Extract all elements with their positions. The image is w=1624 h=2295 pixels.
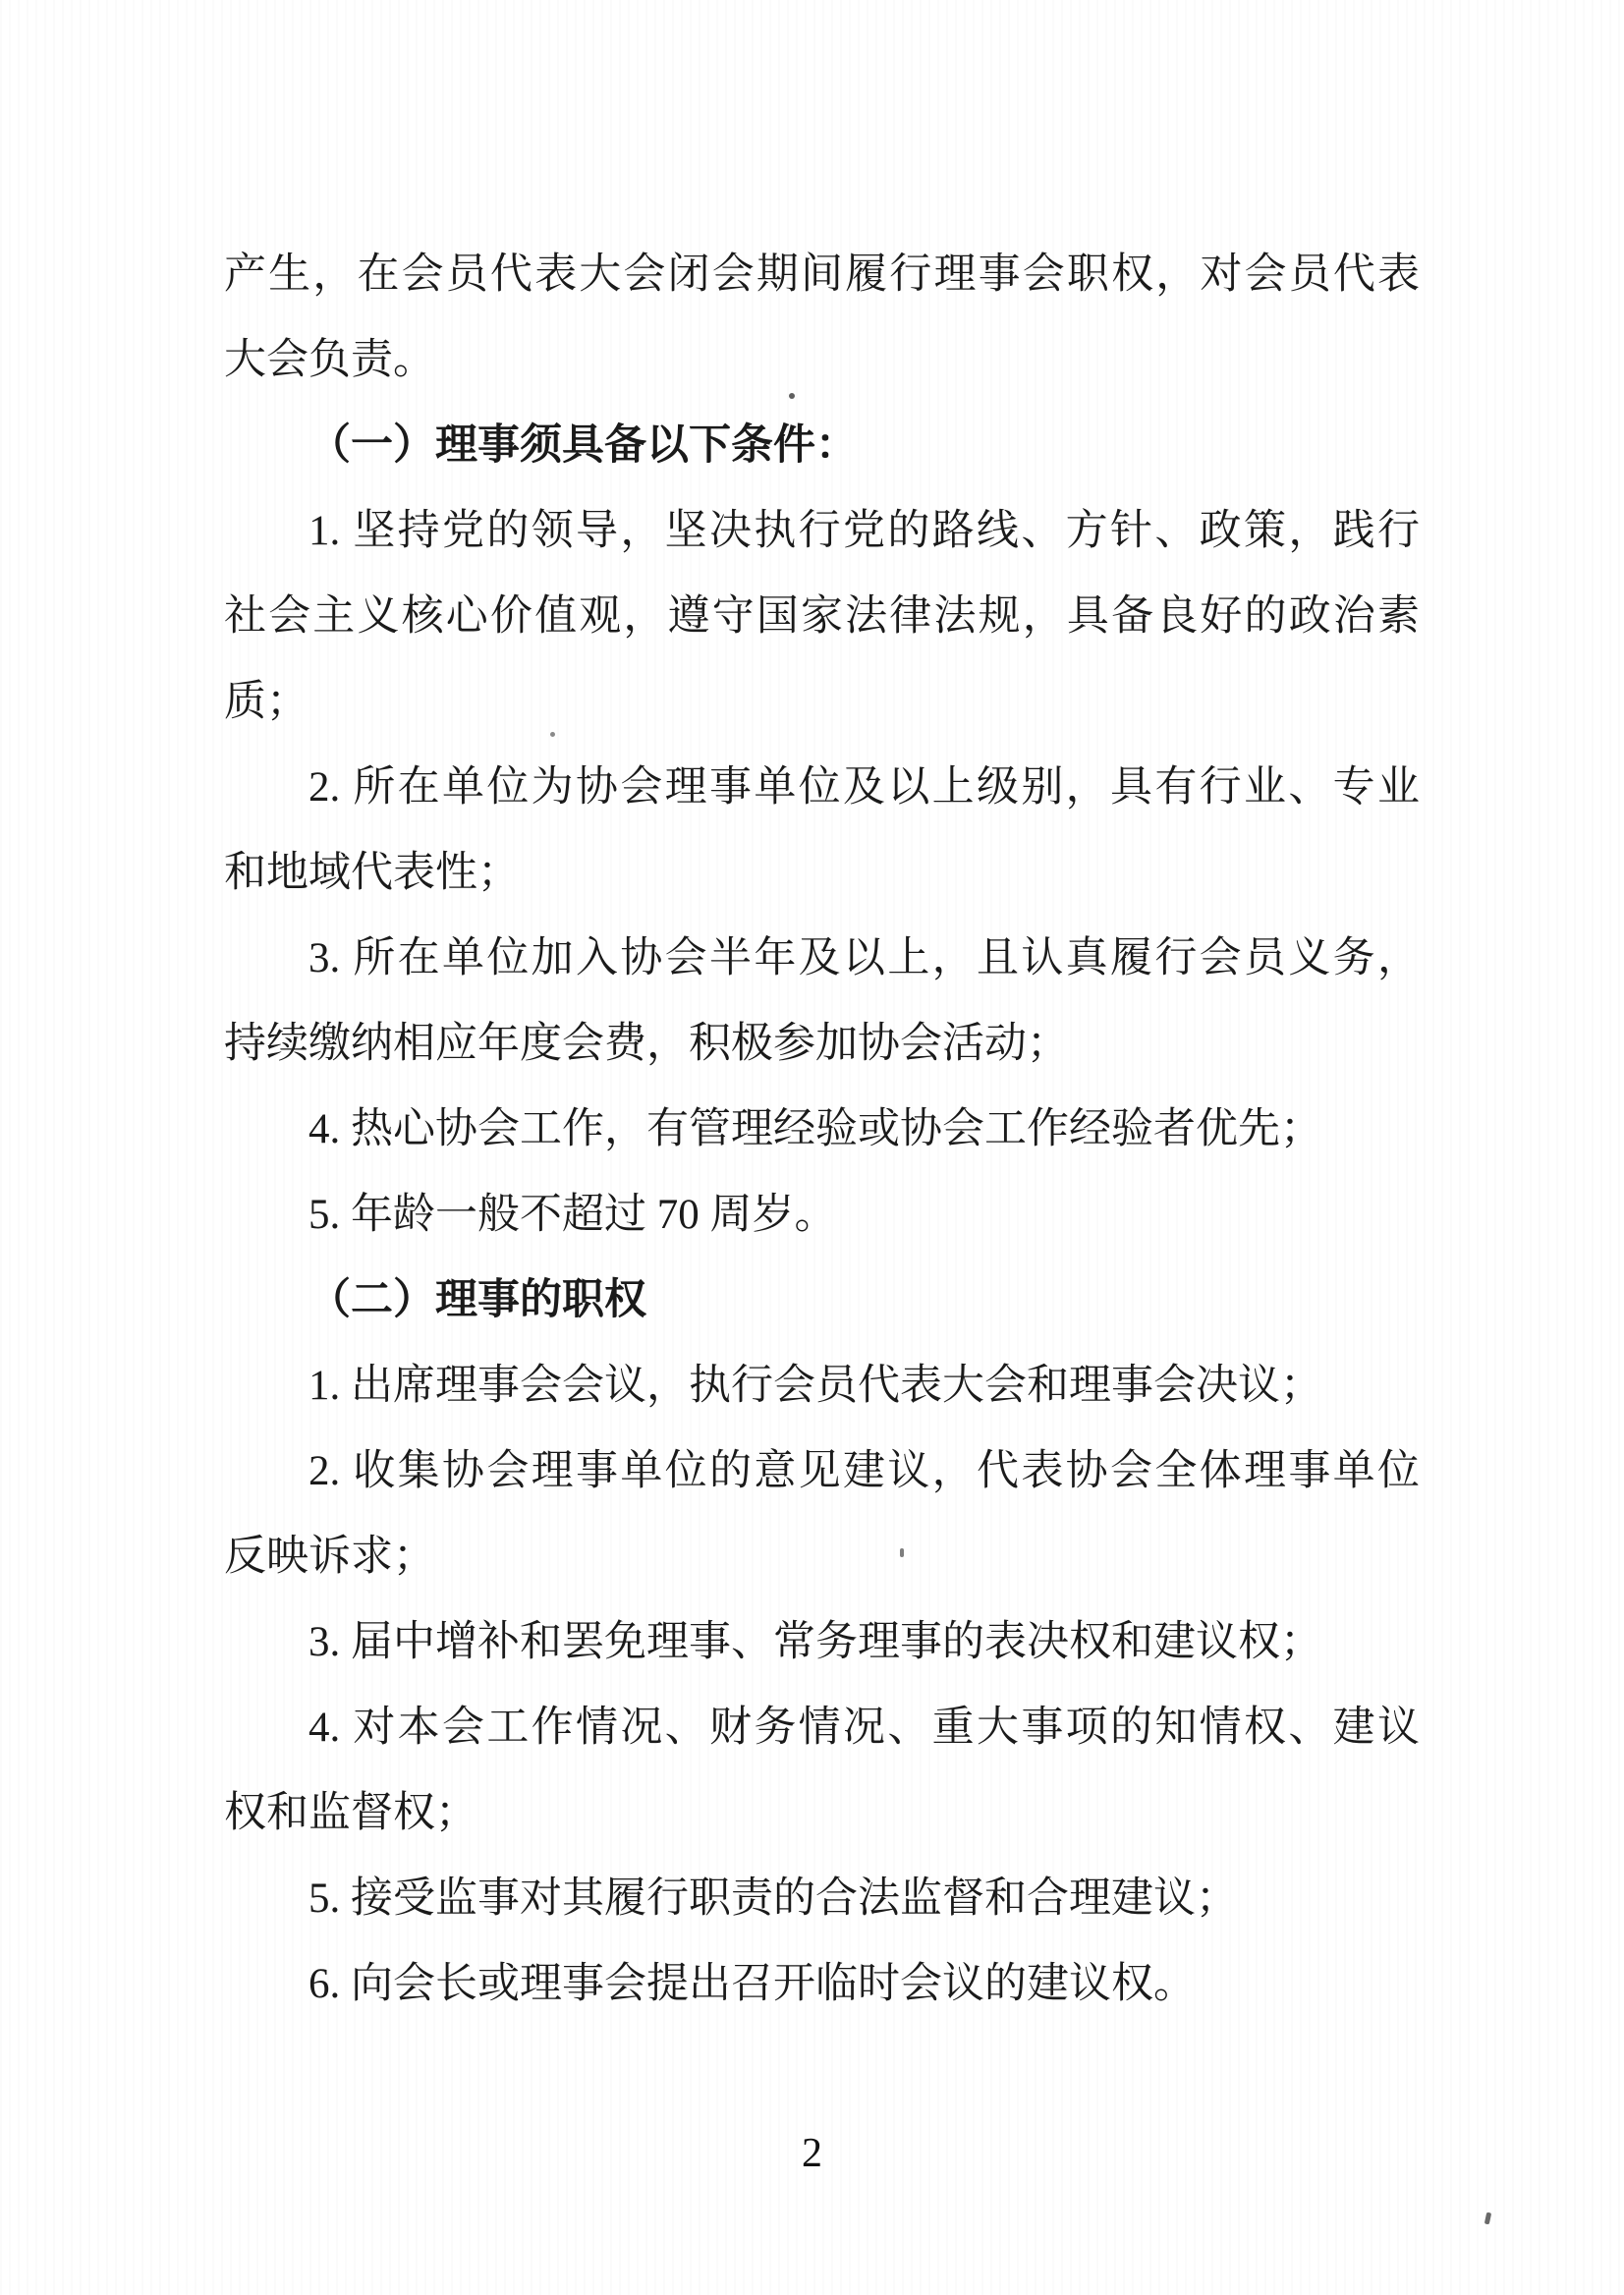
text-line: 4. 热心协会工作，有管理经验或协会工作经验者优先； xyxy=(224,1087,1420,1172)
text-line: 2. 所在单位为协会理事单位及以上级别，具有行业、专业 xyxy=(224,745,1420,830)
text-line: 持续缴纳相应年度会费，积极参加协会活动； xyxy=(224,1001,1420,1087)
scan-speck xyxy=(550,732,555,737)
text-line: 5. 接受监事对其履行职责的合法监督和合理建议； xyxy=(224,1856,1420,1941)
text-line: 3. 所在单位加入协会半年及以上，且认真履行会员义务， xyxy=(224,916,1420,1001)
text-line: 社会主义核心价值观，遵守国家法律法规，具备良好的政治素 xyxy=(224,574,1420,659)
text-line: 3. 届中增补和罢免理事、常务理事的表决权和建议权； xyxy=(224,1599,1420,1685)
text-line: 质； xyxy=(224,659,1420,745)
page-number: 2 xyxy=(0,2130,1624,2177)
text-body: 产生，在会员代表大会闭会期间履行理事会职权，对会员代表大会负责。（一）理事须具备… xyxy=(224,232,1420,2027)
text-line: 和地域代表性； xyxy=(224,830,1420,916)
text-line: 5. 年龄一般不超过 70 周岁。 xyxy=(224,1172,1420,1258)
scan-speck xyxy=(1484,2212,1491,2225)
text-line: 1. 坚持党的领导，坚决执行党的路线、方针、政策，践行 xyxy=(224,488,1420,574)
text-line: 权和监督权； xyxy=(224,1770,1420,1856)
text-line: 反映诉求； xyxy=(224,1514,1420,1599)
scan-speck xyxy=(789,393,795,399)
scan-speck xyxy=(900,1548,904,1557)
section-heading: （一）理事须具备以下条件： xyxy=(224,403,1420,488)
text-line: 4. 对本会工作情况、财务情况、重大事项的知情权、建议 xyxy=(224,1685,1420,1770)
section-heading: （二）理事的职权 xyxy=(224,1258,1420,1343)
text-line: 2. 收集协会理事单位的意见建议，代表协会全体理事单位 xyxy=(224,1428,1420,1514)
scanned-document-page: 产生，在会员代表大会闭会期间履行理事会职权，对会员代表大会负责。（一）理事须具备… xyxy=(0,0,1624,2295)
text-line: 1. 出席理事会会议，执行会员代表大会和理事会决议； xyxy=(224,1343,1420,1428)
text-line: 6. 向会长或理事会提出召开临时会议的建议权。 xyxy=(224,1941,1420,2027)
text-line: 大会负责。 xyxy=(224,317,1420,403)
text-line: 产生，在会员代表大会闭会期间履行理事会职权，对会员代表 xyxy=(224,232,1420,317)
